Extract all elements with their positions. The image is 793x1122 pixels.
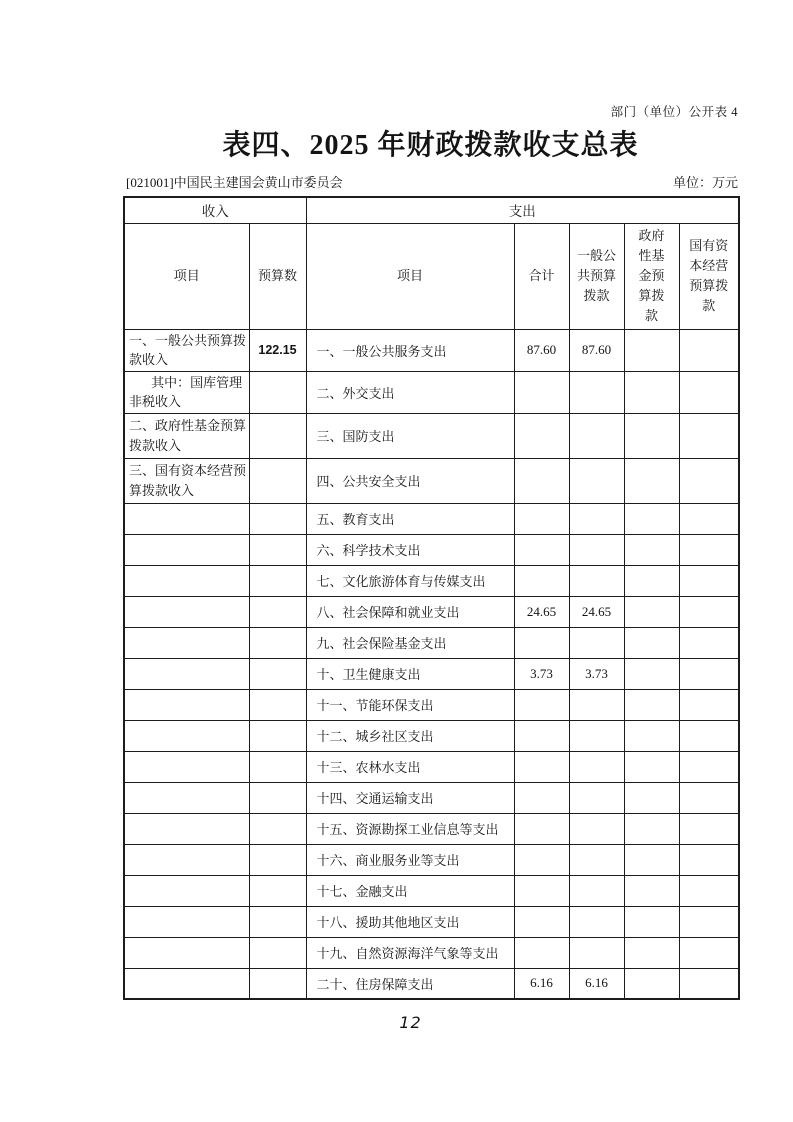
table-row: 十六、商业服务业等支出	[124, 844, 739, 875]
income-item-cell: 一、一般公共预算拨 款收入	[124, 329, 249, 371]
expense-gov-fund-cell	[624, 413, 679, 458]
expense-state-capital-cell	[679, 782, 739, 813]
expense-item-cell: 十六、商业服务业等支出	[306, 844, 514, 875]
income-item-cell	[124, 782, 249, 813]
expense-general-budget-cell	[569, 720, 624, 751]
income-budget-cell	[249, 782, 306, 813]
expense-gov-fund-cell	[624, 627, 679, 658]
expense-state-capital-cell	[679, 371, 739, 413]
expense-state-capital-cell	[679, 844, 739, 875]
table-row: 十二、城乡社区支出	[124, 720, 739, 751]
table-row: 十七、金融支出	[124, 875, 739, 906]
income-budget-cell	[249, 458, 306, 503]
table-row: 六、科学技术支出	[124, 534, 739, 565]
income-item-cell	[124, 534, 249, 565]
expense-total-cell	[514, 844, 569, 875]
income-budget-cell	[249, 596, 306, 627]
expense-state-capital-cell	[679, 565, 739, 596]
expense-general-budget-cell: 24.65	[569, 596, 624, 627]
expense-item-cell: 六、科学技术支出	[306, 534, 514, 565]
income-budget-cell	[249, 658, 306, 689]
expense-total-cell	[514, 813, 569, 844]
expense-gov-fund-cell	[624, 813, 679, 844]
income-budget-cell	[249, 503, 306, 534]
expense-gov-fund-cell	[624, 658, 679, 689]
income-budget-cell	[249, 751, 306, 782]
income-item-cell: 二、政府性基金预算 拨款收入	[124, 413, 249, 458]
expense-general-budget-cell	[569, 937, 624, 968]
income-budget-cell	[249, 720, 306, 751]
income-budget-cell	[249, 875, 306, 906]
table-body: 一、一般公共预算拨 款收入122.15一、一般公共服务支出87.6087.60其…	[124, 329, 739, 999]
expense-general-budget-cell	[569, 371, 624, 413]
expense-gov-fund-cell	[624, 751, 679, 782]
expense-total-cell: 3.73	[514, 658, 569, 689]
page-number: 12	[28, 1013, 793, 1032]
income-item-cell: 其中：国库管理 非税收入	[124, 371, 249, 413]
general-budget-column-header: 一般公 共预算 拨款	[569, 223, 624, 329]
expense-general-budget-cell	[569, 458, 624, 503]
expense-item-cell: 三、国防支出	[306, 413, 514, 458]
expense-general-budget-cell: 3.73	[569, 658, 624, 689]
income-budget-cell	[249, 844, 306, 875]
expense-state-capital-cell	[679, 968, 739, 999]
expense-gov-fund-cell	[624, 689, 679, 720]
income-budget-cell	[249, 627, 306, 658]
expense-state-capital-cell	[679, 534, 739, 565]
table-row: 十、卫生健康支出3.733.73	[124, 658, 739, 689]
expense-item-cell: 十、卫生健康支出	[306, 658, 514, 689]
income-item-cell	[124, 627, 249, 658]
expense-total-cell	[514, 371, 569, 413]
table-row: 十三、农林水支出	[124, 751, 739, 782]
expense-gov-fund-cell	[624, 565, 679, 596]
expense-gov-fund-cell	[624, 844, 679, 875]
expense-general-budget-cell	[569, 689, 624, 720]
expense-item-cell: 十八、援助其他地区支出	[306, 906, 514, 937]
income-item-cell	[124, 720, 249, 751]
table-row: 七、文化旅游体育与传媒支出	[124, 565, 739, 596]
income-item-cell	[124, 968, 249, 999]
expense-general-budget-cell	[569, 565, 624, 596]
expense-group-header: 支出	[306, 197, 739, 223]
income-budget-cell	[249, 937, 306, 968]
income-item-cell	[124, 875, 249, 906]
document-page: 部门（单位）公开表 4 表四、2025 年财政拨款收支总表 [021001]中国…	[0, 0, 793, 1122]
doc-type-label: 部门（单位）公开表 4	[123, 102, 738, 120]
income-budget-cell	[249, 371, 306, 413]
expense-general-budget-cell	[569, 503, 624, 534]
income-item-cell	[124, 658, 249, 689]
expense-item-cell: 十五、资源勘探工业信息等支出	[306, 813, 514, 844]
expense-gov-fund-cell	[624, 458, 679, 503]
expense-state-capital-cell	[679, 658, 739, 689]
income-item-cell	[124, 689, 249, 720]
expense-total-cell	[514, 534, 569, 565]
expense-state-capital-cell	[679, 875, 739, 906]
table-row: 十九、自然资源海洋气象等支出	[124, 937, 739, 968]
expense-total-cell	[514, 458, 569, 503]
expense-general-budget-cell	[569, 534, 624, 565]
income-budget-cell	[249, 813, 306, 844]
expense-total-cell: 24.65	[514, 596, 569, 627]
expense-state-capital-cell	[679, 906, 739, 937]
expense-gov-fund-cell	[624, 329, 679, 371]
expense-general-budget-cell	[569, 751, 624, 782]
expense-general-budget-cell: 87.60	[569, 329, 624, 371]
expense-item-cell: 十七、金融支出	[306, 875, 514, 906]
expense-state-capital-cell	[679, 329, 739, 371]
budget-table: 收入 支出 项目 预算数 项目 合计 一般公 共预算 拨款 政府 性基 金预 算…	[123, 196, 740, 1000]
expense-general-budget-cell	[569, 413, 624, 458]
state-capital-column-header: 国有资 本经营 预算拨 款	[679, 223, 739, 329]
expense-gov-fund-cell	[624, 937, 679, 968]
group-header-row: 收入 支出	[124, 197, 739, 223]
expense-total-cell: 87.60	[514, 329, 569, 371]
expense-total-cell	[514, 565, 569, 596]
expense-state-capital-cell	[679, 751, 739, 782]
table-row: 五、教育支出	[124, 503, 739, 534]
expense-item-cell: 十三、农林水支出	[306, 751, 514, 782]
expense-general-budget-cell	[569, 906, 624, 937]
expense-item-cell: 九、社会保险基金支出	[306, 627, 514, 658]
page-title: 表四、2025 年财政拨款收支总表	[123, 130, 738, 162]
income-item-cell	[124, 813, 249, 844]
expense-state-capital-cell	[679, 813, 739, 844]
table-row: 一、一般公共预算拨 款收入122.15一、一般公共服务支出87.6087.60	[124, 329, 739, 371]
expense-item-column-header: 项目	[306, 223, 514, 329]
expense-item-cell: 十九、自然资源海洋气象等支出	[306, 937, 514, 968]
expense-general-budget-cell	[569, 782, 624, 813]
expense-item-cell: 二、外交支出	[306, 371, 514, 413]
income-item-cell	[124, 503, 249, 534]
expense-state-capital-cell	[679, 689, 739, 720]
table-row: 其中：国库管理 非税收入二、外交支出	[124, 371, 739, 413]
expense-gov-fund-cell	[624, 503, 679, 534]
column-header-row: 项目 预算数 项目 合计 一般公 共预算 拨款 政府 性基 金预 算拨 款 国有…	[124, 223, 739, 329]
expense-total-cell	[514, 751, 569, 782]
income-item-cell	[124, 844, 249, 875]
table-row: 九、社会保险基金支出	[124, 627, 739, 658]
expense-gov-fund-cell	[624, 534, 679, 565]
income-item-cell	[124, 596, 249, 627]
expense-state-capital-cell	[679, 503, 739, 534]
income-budget-cell	[249, 906, 306, 937]
income-item-cell	[124, 751, 249, 782]
expense-state-capital-cell	[679, 413, 739, 458]
income-item-cell	[124, 906, 249, 937]
unit-label: 单位：万元	[673, 172, 738, 191]
expense-item-cell: 一、一般公共服务支出	[306, 329, 514, 371]
income-budget-cell	[249, 968, 306, 999]
expense-general-budget-cell	[569, 875, 624, 906]
total-column-header: 合计	[514, 223, 569, 329]
expense-item-cell: 二十、住房保障支出	[306, 968, 514, 999]
table-row: 十四、交通运输支出	[124, 782, 739, 813]
expense-total-cell	[514, 937, 569, 968]
expense-gov-fund-cell	[624, 782, 679, 813]
expense-total-cell: 6.16	[514, 968, 569, 999]
expense-gov-fund-cell	[624, 968, 679, 999]
income-budget-cell	[249, 534, 306, 565]
income-budget-cell	[249, 689, 306, 720]
expense-gov-fund-cell	[624, 875, 679, 906]
income-budget-cell: 122.15	[249, 329, 306, 371]
expense-general-budget-cell	[569, 627, 624, 658]
expense-total-cell	[514, 720, 569, 751]
expense-gov-fund-cell	[624, 596, 679, 627]
income-budget-column-header: 预算数	[249, 223, 306, 329]
expense-general-budget-cell: 6.16	[569, 968, 624, 999]
table-row: 八、社会保障和就业支出24.6524.65	[124, 596, 739, 627]
expense-state-capital-cell	[679, 627, 739, 658]
table-row: 二十、住房保障支出6.166.16	[124, 968, 739, 999]
expense-item-cell: 十二、城乡社区支出	[306, 720, 514, 751]
expense-state-capital-cell	[679, 596, 739, 627]
table-row: 二、政府性基金预算 拨款收入三、国防支出	[124, 413, 739, 458]
expense-item-cell: 十一、节能环保支出	[306, 689, 514, 720]
expense-total-cell	[514, 413, 569, 458]
meta-line: [021001]中国民主建国会黄山市委员会 单位：万元	[126, 172, 738, 191]
expense-total-cell	[514, 689, 569, 720]
income-item-column-header: 项目	[124, 223, 249, 329]
expense-state-capital-cell	[679, 458, 739, 503]
income-item-cell	[124, 565, 249, 596]
expense-general-budget-cell	[569, 844, 624, 875]
expense-total-cell	[514, 875, 569, 906]
expense-item-cell: 十四、交通运输支出	[306, 782, 514, 813]
expense-item-cell: 四、公共安全支出	[306, 458, 514, 503]
income-group-header: 收入	[124, 197, 306, 223]
income-budget-cell	[249, 565, 306, 596]
expense-total-cell	[514, 503, 569, 534]
expense-item-cell: 七、文化旅游体育与传媒支出	[306, 565, 514, 596]
expense-gov-fund-cell	[624, 371, 679, 413]
expense-state-capital-cell	[679, 720, 739, 751]
income-item-cell	[124, 937, 249, 968]
expense-total-cell	[514, 627, 569, 658]
expense-item-cell: 八、社会保障和就业支出	[306, 596, 514, 627]
income-budget-cell	[249, 413, 306, 458]
table-row: 十八、援助其他地区支出	[124, 906, 739, 937]
expense-gov-fund-cell	[624, 720, 679, 751]
expense-gov-fund-cell	[624, 906, 679, 937]
expense-general-budget-cell	[569, 813, 624, 844]
expense-total-cell	[514, 906, 569, 937]
expense-total-cell	[514, 782, 569, 813]
org-name: [021001]中国民主建国会黄山市委员会	[126, 172, 343, 191]
income-item-cell: 三、国有资本经营预 算拨款收入	[124, 458, 249, 503]
gov-fund-column-header: 政府 性基 金预 算拨 款	[624, 223, 679, 329]
table-row: 十五、资源勘探工业信息等支出	[124, 813, 739, 844]
table-row: 十一、节能环保支出	[124, 689, 739, 720]
expense-state-capital-cell	[679, 937, 739, 968]
table-row: 三、国有资本经营预 算拨款收入四、公共安全支出	[124, 458, 739, 503]
expense-item-cell: 五、教育支出	[306, 503, 514, 534]
